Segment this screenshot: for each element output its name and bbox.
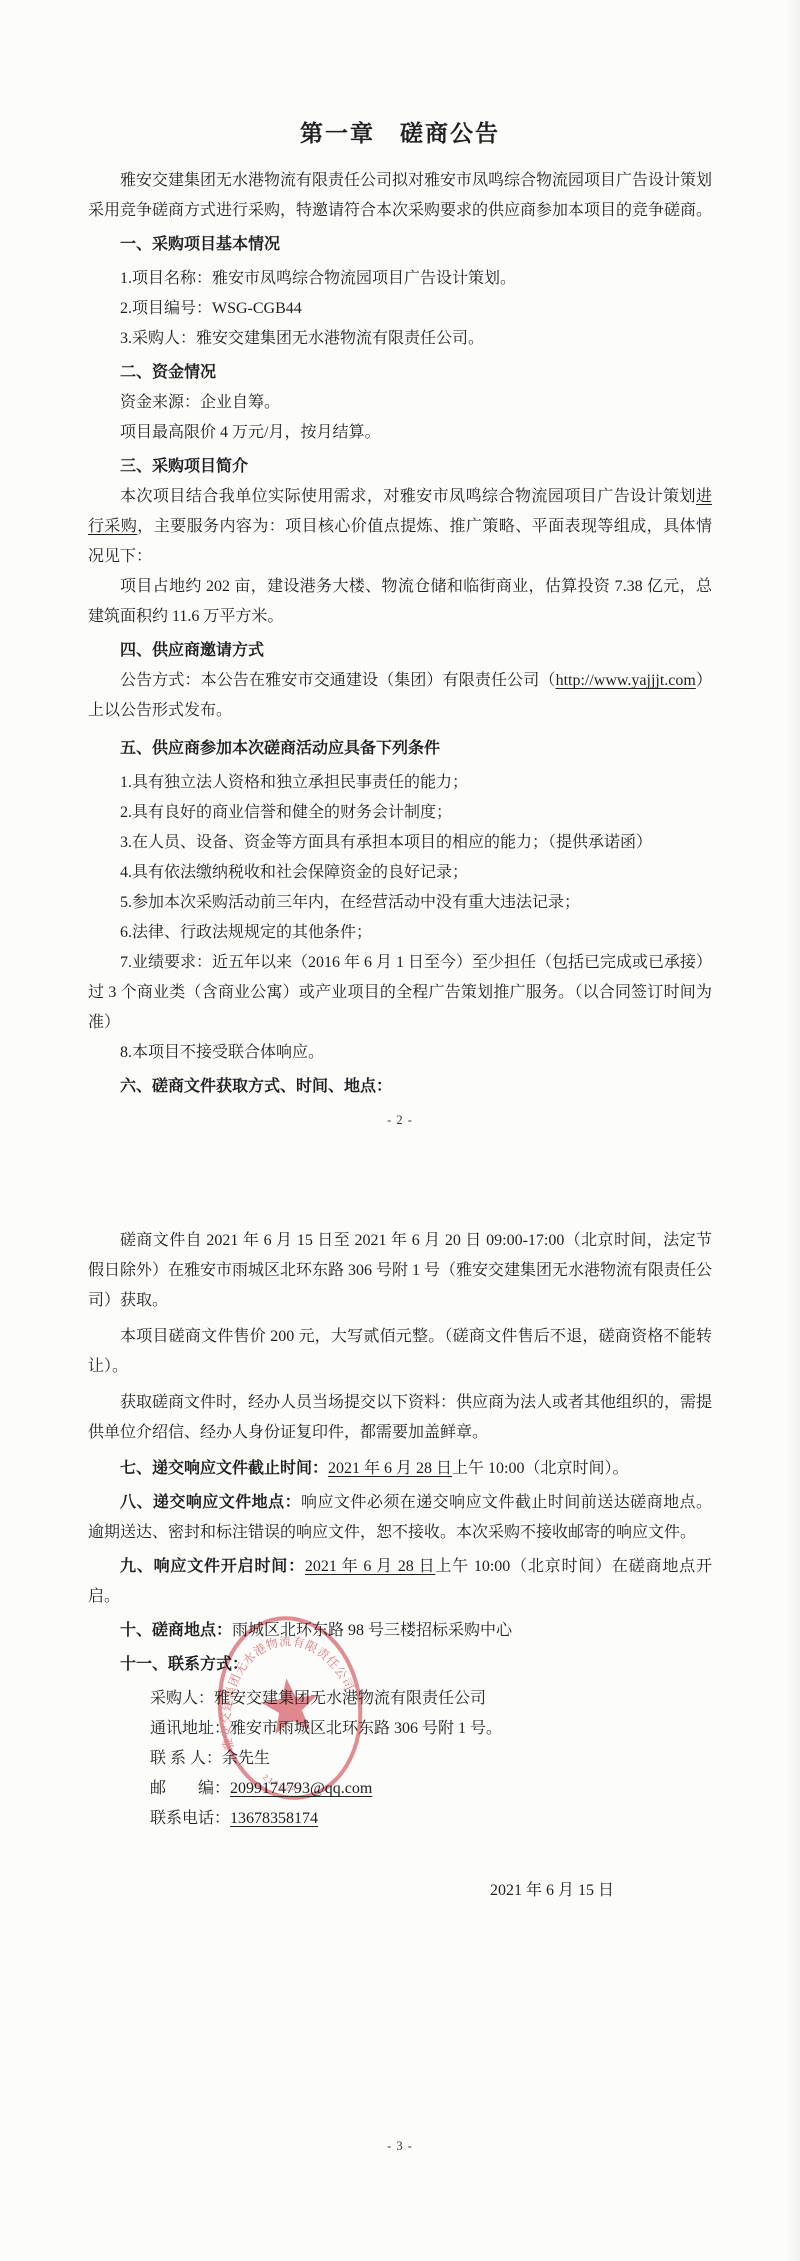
qualification-item: 4.具有依法缴纳税收和社会保障资金的良好记录； [88,858,712,888]
opening-date: 2021 年 6 月 28 日 [305,1558,435,1575]
opening-time-heading: 九、响应文件开启时间： [120,1558,305,1575]
chapter-title: 第一章 磋商公告 [88,116,712,150]
bottom-spacer [88,1906,712,2128]
contact-label: 联系电话： [150,1804,230,1834]
section-heading-contact: 十一、联系方式： [88,1650,712,1680]
submission-place-heading: 八、递交响应文件地点： [120,1494,301,1511]
contact-row-purchaser: 采购人：雅安交建集团无水港物流有限责任公司 [150,1684,712,1714]
announcement-method-paragraph: 公告方式：本公告在雅安市交通建设（集团）有限责任公司（http://www.ya… [88,666,712,726]
contact-row-phone: 联系电话：13678358174 [150,1804,712,1834]
qualification-item: 2.具有良好的商业信誉和健全的财务会计制度； [88,798,712,828]
document-price-paragraph: 本项目磋商文件售价 200 元，大写贰佰元整。（磋商文件售后不退，磋商资格不能转… [88,1322,712,1382]
deadline-rest: 上午 10:00（北京时间）。 [452,1460,628,1477]
deadline-heading: 七、递交响应文件截止时间： [120,1460,328,1477]
deadline-line: 七、递交响应文件截止时间：2021 年 6 月 28 日上午 10:00（北京时… [88,1454,712,1484]
intro-paragraph: 雅安交建集团无水港物流有限责任公司拟对雅安市凤鸣综合物流园项目广告设计策划采用竞… [88,166,712,226]
contact-label: 采购人： [150,1684,214,1714]
qualification-item: 3.在人员、设备、资金等方面具有承担本项目的相应的能力；（提供承诺函） [88,828,712,858]
negotiation-place-heading: 十、磋商地点： [120,1622,232,1639]
brief-text-pre: 本次项目结合我单位实际使用需求，对雅安市凤鸣综合物流园项目广告设计策划 [120,488,696,505]
price-cap-line: 项目最高限价 4 万元/月，按月结算。 [88,418,712,448]
contact-row-email: 邮 编：2099174793@qq.com [150,1774,712,1804]
section-heading-overview: 三、采购项目简介 [88,452,712,482]
qualification-item: 6.法律、行政法规规定的其他条件； [88,918,712,948]
announcement-url: http://www.yajjjt.com [556,672,696,689]
contact-value: 雅安市雨城区北环东路 306 号附 1 号。 [230,1720,502,1737]
contact-row-person: 联 系 人：余先生 [150,1744,712,1774]
announcement-text-pre: 公告方式：本公告在雅安市交通建设（集团）有限责任公司（ [120,672,556,689]
document-content: 第一章 磋商公告 雅安交建集团无水港物流有限责任公司拟对雅安市凤鸣综合物流园项目… [0,0,800,2156]
required-materials-paragraph: 获取磋商文件时，经办人员当场提交以下资料：供应商为法人或者其他组织的，需提供单位… [88,1388,712,1448]
funding-source-line: 资金来源：企业自筹。 [88,388,712,418]
project-scale-paragraph: 项目占地约 202 亩，建设港务大楼、物流仓储和临街商业，估算投资 7.38 亿… [88,572,712,632]
page-gap [88,1130,712,1226]
contact-label: 联 系 人： [150,1744,222,1774]
contact-phone: 13678358174 [230,1810,318,1827]
document: 第一章 磋商公告 雅安交建集团无水港物流有限责任公司拟对雅安市凤鸣综合物流园项目… [0,0,800,2261]
contact-email: 2099174793@qq.com [230,1780,372,1797]
section-heading-invitation: 四、供应商邀请方式 [88,636,712,666]
negotiation-place-value: 雨城区北环东路 98 号三楼招标采购中心 [232,1622,512,1639]
opening-time-paragraph: 九、响应文件开启时间：2021 年 6 月 28 日上午 10:00（北京时间）… [88,1552,712,1612]
project-number-line: 2.项目编号：WSG-CGB44 [88,294,712,324]
project-brief-paragraph: 本次项目结合我单位实际使用需求，对雅安市凤鸣综合物流园项目广告设计策划进行采购，… [88,482,712,572]
contact-row-address: 通讯地址：雅安市雨城区北环东路 306 号附 1 号。 [150,1714,712,1744]
announcement-date: 2021 年 6 月 15 日 [88,1876,712,1906]
brief-text-post: ，主要服务内容为：项目核心价值点提炼、推广策略、平面表现等组成，具体情况见下： [88,518,712,565]
qualification-item: 1.具有独立法人资格和独立承担民事责任的能力； [88,768,712,798]
page-number: - 3 - [88,2136,712,2156]
deadline-date: 2021 年 6 月 28 日 [328,1460,452,1477]
section-heading-qualifications: 五、供应商参加本次磋商活动应具备下列条件 [88,734,712,764]
contact-label: 通讯地址： [150,1714,230,1744]
contact-block: 采购人：雅安交建集团无水港物流有限责任公司 通讯地址：雅安市雨城区北环东路 30… [150,1684,712,1834]
project-name-line: 1.项目名称：雅安市凤鸣综合物流园项目广告设计策划。 [88,264,712,294]
section-heading-basic-info: 一、采购项目基本情况 [88,230,712,260]
purchaser-line: 3.采购人：雅安交建集团无水港物流有限责任公司。 [88,324,712,354]
document-obtain-paragraph: 磋商文件自 2021 年 6 月 15 日至 2021 年 6 月 20 日 0… [88,1226,712,1316]
negotiation-place-line: 十、磋商地点：雨城区北环东路 98 号三楼招标采购中心 [88,1616,712,1646]
section-heading-funding: 二、资金情况 [88,358,712,388]
contact-value: 余先生 [222,1750,270,1767]
contact-value: 雅安交建集团无水港物流有限责任公司 [214,1690,486,1707]
submission-place-paragraph: 八、递交响应文件地点：响应文件必须在递交响应文件截止时间前送达磋商地点。逾期送达… [88,1488,712,1548]
qualification-item: 8.本项目不接受联合体响应。 [88,1038,712,1068]
section-heading-document-pickup: 六、磋商文件获取方式、时间、地点： [88,1072,712,1102]
qualification-item: 7.业绩要求：近五年以来（2016 年 6 月 1 日至今）至少担任（包括已完成… [88,948,712,1038]
page-number: - 2 - [88,1110,712,1130]
contact-label: 邮 编： [150,1774,230,1804]
qualification-item: 5.参加本次采购活动前三年内，在经营活动中没有重大违法记录； [88,888,712,918]
